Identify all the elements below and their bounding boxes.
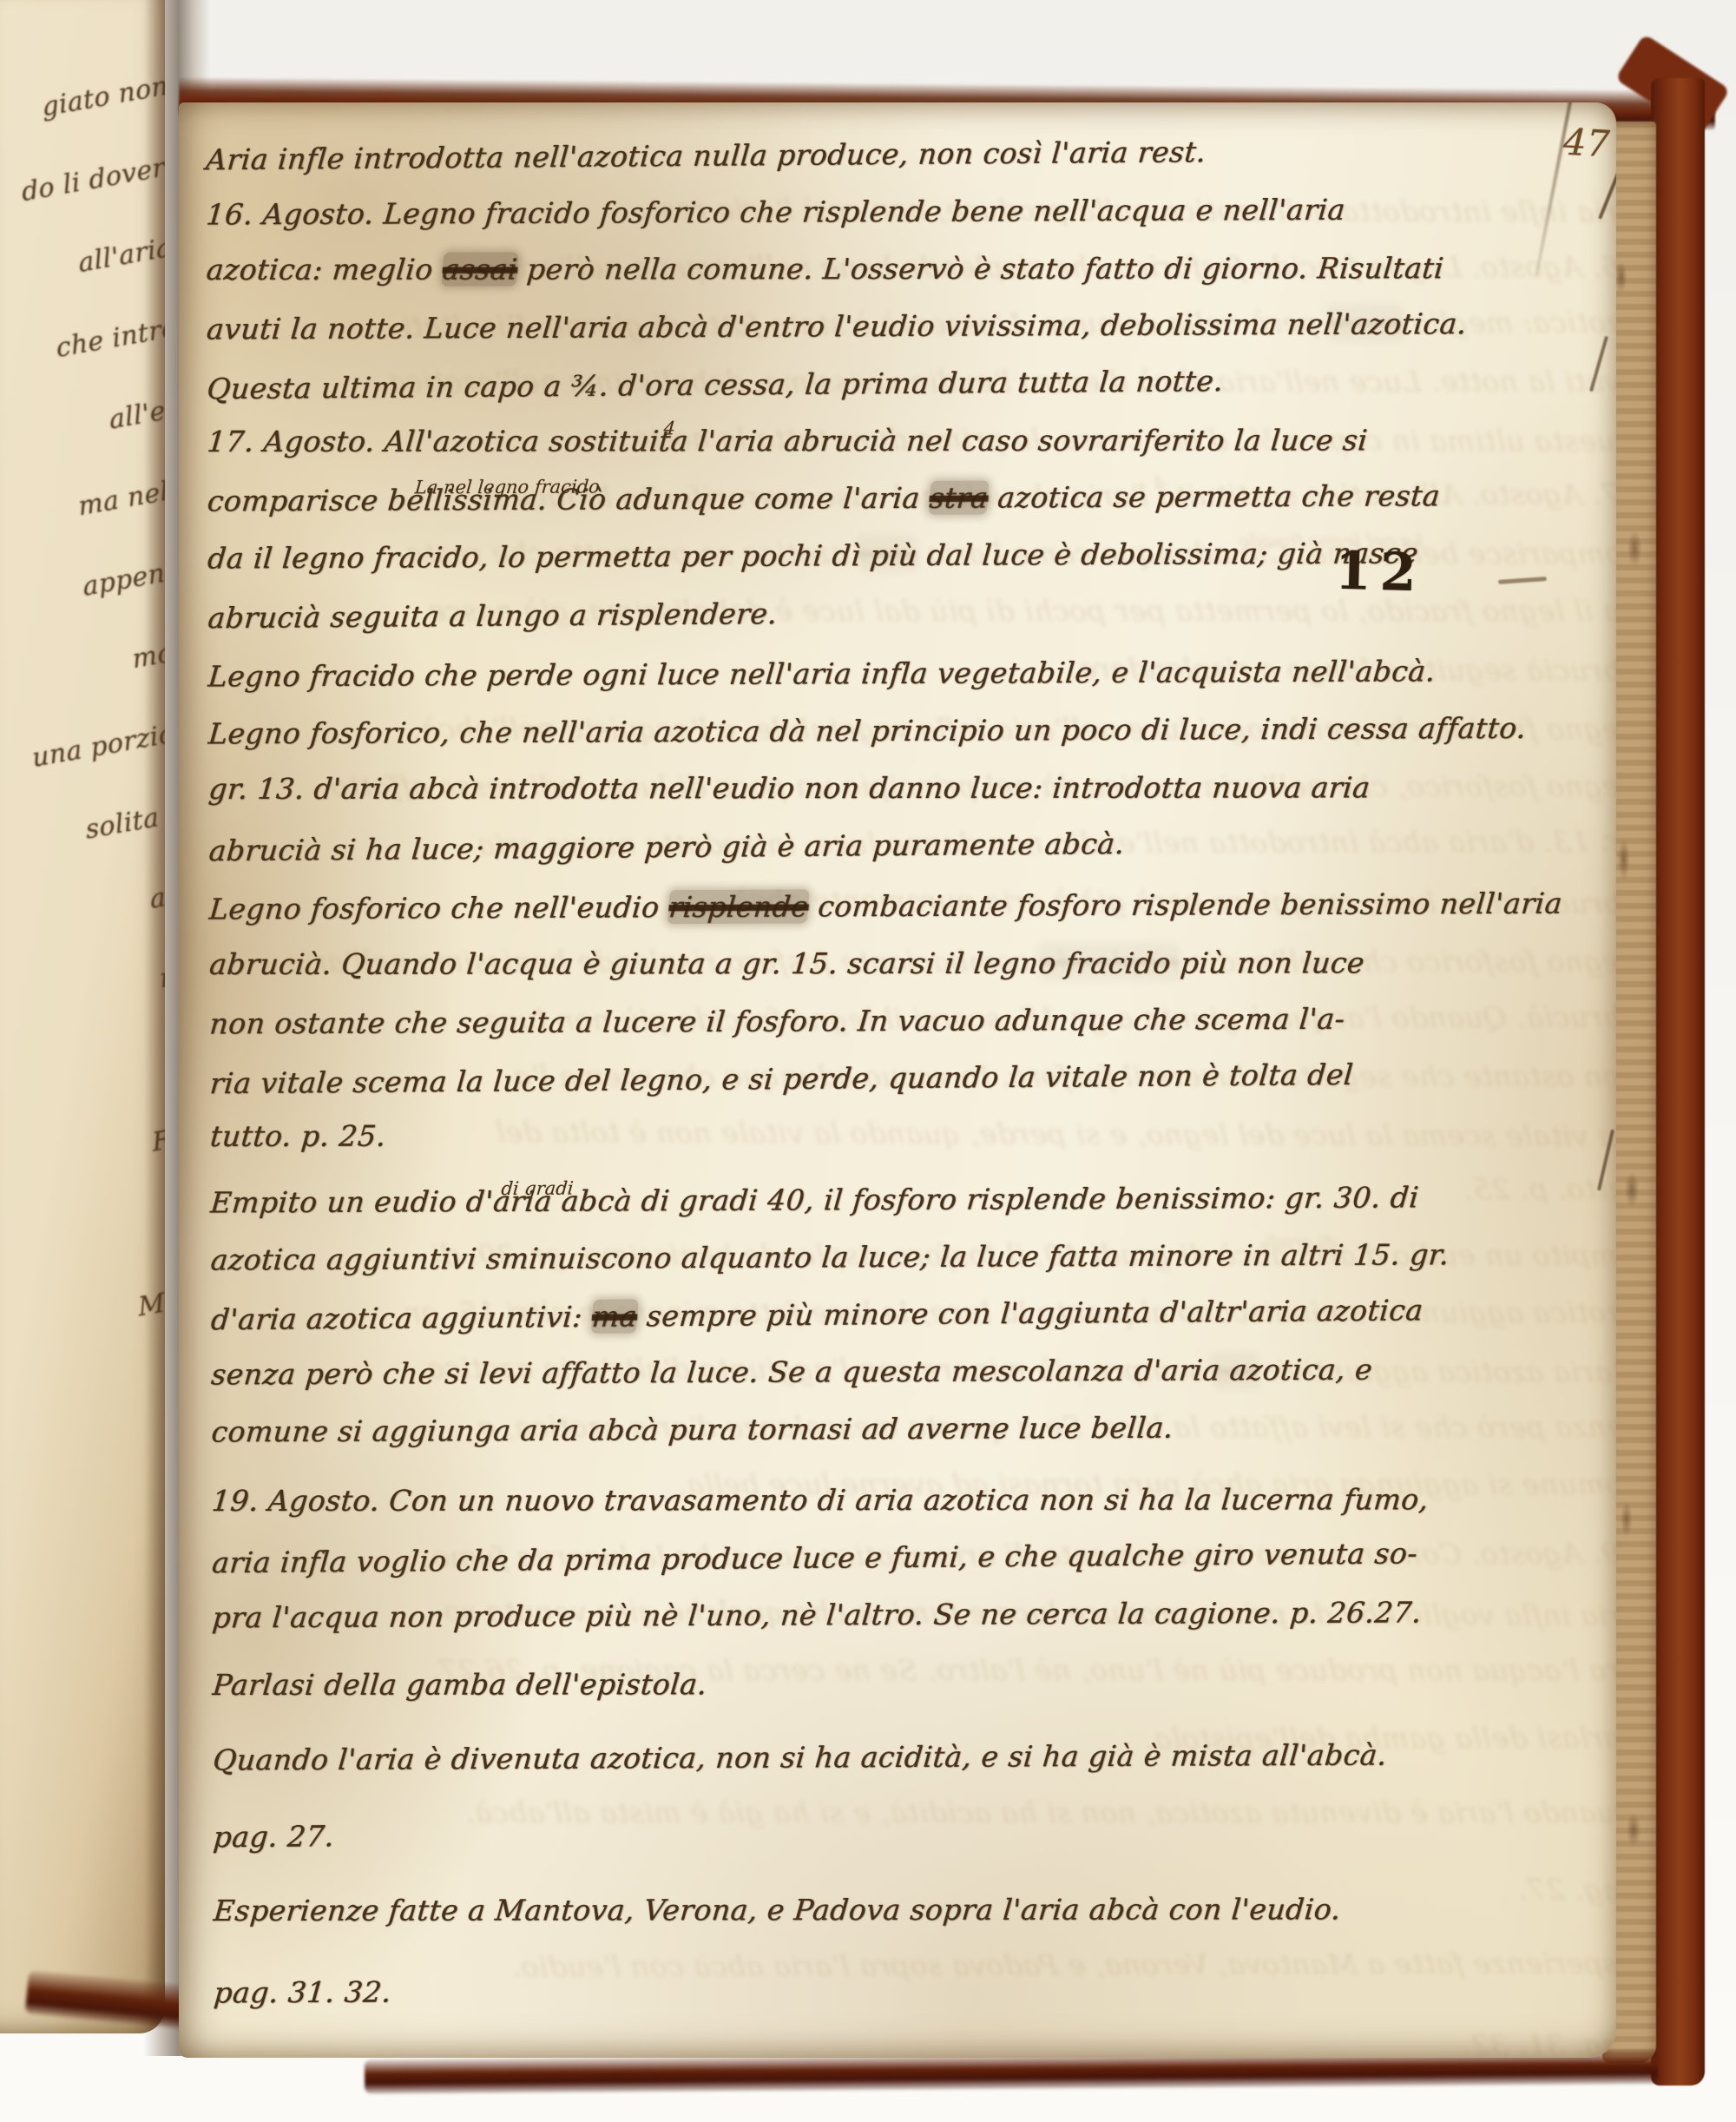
struck-word: risplende [667, 889, 810, 924]
text-segment: aria infla voglio che da prima produce l… [211, 1536, 1419, 1579]
text-segment: 16. Agosto. Legno fracido fosforico che … [205, 193, 1346, 232]
text-segment: Legno fosforico, che nell'aria azotica d… [207, 711, 1528, 751]
manuscript-line: pag. 31. 32. [214, 1967, 1597, 2012]
handwriting-text: pra l'acqua non produce più nè l'uno, nè… [211, 1593, 1424, 1637]
handwriting-text: Questa ultima in capo a ¾. d'ora cessa, … [206, 362, 1225, 408]
page-number: 47 [1562, 121, 1610, 166]
text-segment: avuti la notte. Luce nell'aria abcà d'en… [206, 306, 1469, 346]
handwriting-text: Legno fracido che perde ogni luce nell'a… [207, 652, 1437, 695]
manuscript-line: gr. 13. d'aria abcà introdotta nell'eudi… [209, 768, 1593, 808]
gathering-number: 12 [1334, 541, 1425, 604]
text-segment: pra l'acqua non produce più nè l'uno, nè… [211, 1595, 1423, 1634]
handwriting-text: abrucià si ha luce; maggiore però già è … [207, 825, 1126, 870]
handwriting-text: aria infla voglio che da prima produce l… [211, 1534, 1419, 1582]
handwriting-text: gr. 13. d'aria abcà introdotta nell'eudi… [207, 768, 1372, 808]
handwriting-text: ria vitale scema la luce del legno, e si… [208, 1056, 1355, 1103]
handwriting-text: Empito un eudio d'aria abcà di gradi 40,… [209, 1178, 1421, 1222]
handwriting-text: azotica aggiuntivi sminuiscono alquanto … [209, 1236, 1450, 1279]
manuscript-line: tutto. p. 25. [210, 1116, 1594, 1156]
handwriting-text: Quando l'aria è divenuta azotica, non si… [212, 1736, 1389, 1780]
manuscript-line: non ostante che seguita a lucere il fosf… [210, 999, 1594, 1044]
handwriting-text: comune si aggiunga aria abcà pura tornas… [210, 1409, 1175, 1452]
manuscript-line: ria vitale scema la luce del legno, e si… [210, 1054, 1594, 1104]
manuscript-line: azotica: meglio assai però nella comune.… [207, 249, 1590, 289]
manuscript-line: La nel legno fracidocomparisce bellissim… [207, 477, 1591, 521]
text-segment: pag. 31. 32. [213, 1975, 393, 2010]
manuscript-line: Parlasi della gamba dell'epistola. [213, 1664, 1596, 1704]
manuscript-line: di gradiEmpito un eudio d'aria abcà di g… [211, 1177, 1595, 1222]
handwriting-text: Legno fosforico, che nell'aria azotica d… [207, 709, 1528, 754]
text-segment: azotica: meglio [205, 253, 444, 287]
text-segment: non ostante che seguita a lucere il fosf… [208, 1002, 1346, 1041]
handwriting-text: avuti la notte. Luce nell'aria abcà d'en… [205, 305, 1468, 348]
handwriting-text: 16. Agosto. Legno fracido fosforico che … [205, 191, 1347, 234]
text-segment: Esperienze fatte a Mantova, Verona, e Pa… [213, 1892, 1343, 1928]
text-segment: sempre più minore con l'aggiunta d'altr'… [636, 1293, 1425, 1333]
manuscript-line: Legno fosforico, che nell'aria azotica d… [208, 709, 1592, 754]
text-segment: azotica se permetta che resta [987, 478, 1442, 514]
text-segment: 17. Agosto. All'azotica sostituita l'ari… [206, 423, 1369, 458]
open-manuscript-book: giato nondo li doverliall'aria eche intr… [0, 0, 1736, 2122]
manuscript-line: comune si aggiunga aria abcà pura tornas… [212, 1407, 1595, 1451]
manuscript-line: Questa ultima in capo a ¾. d'ora cessa, … [207, 359, 1590, 409]
handwriting-text: pag. 31. 32. [213, 1974, 393, 2013]
handwriting-text: senza però che si levi affatto la luce. … [210, 1351, 1374, 1394]
text-segment: ria vitale scema la luce del legno, e si… [209, 1058, 1355, 1100]
text-segment: comune si aggiunga aria abcà pura tornas… [210, 1411, 1174, 1449]
struck-word: assai [441, 253, 519, 287]
handwriting-text: Esperienze fatte a Mantova, Verona, e Pa… [212, 1890, 1342, 1930]
handwriting-text: pag. 27. [212, 1817, 336, 1856]
text-segment: d'aria azotica aggiuntivi: [210, 1300, 594, 1336]
handwriting-text: Parlasi della gamba dell'epistola. [211, 1665, 708, 1704]
manuscript-line: Aria infle introdotta nell'azotica nulla… [206, 130, 1589, 180]
manuscript-line: 16. Agosto. Legno fracido fosforico che … [207, 190, 1590, 234]
handwriting-text: 17. Agosto. All'azotica sostituita l'ari… [206, 421, 1370, 461]
handwriting-text: d'aria azotica aggiuntivi: ma sempre più… [209, 1291, 1424, 1339]
handwriting-text-block: Aria infle introdotta nell'azotica nulla… [179, 102, 1616, 2058]
text-segment: Parlasi della gamba dell'epistola. [211, 1667, 708, 1702]
handwriting-text: azotica: meglio assai però nella comune.… [205, 249, 1445, 289]
manuscript-line: 19. Agosto. Con un nuovo travasamento di… [212, 1480, 1595, 1520]
manuscript-line: 417. Agosto. All'azotica sostituita l'ar… [207, 421, 1591, 461]
struck-word: stra [928, 481, 990, 515]
text-segment: abrucià. Quando l'acqua è giunta a gr. 1… [208, 946, 1366, 981]
text-segment: Quando l'aria è divenuta azotica, non si… [212, 1738, 1389, 1777]
manuscript-line: Legno fosforico che nell'eudio risplende… [209, 885, 1593, 929]
handwriting-text: 19. Agosto. Con un nuovo travasamento di… [210, 1480, 1430, 1520]
text-segment: comparisce bellissima. Ciò adunque come … [207, 481, 931, 518]
manuscript-line: aria infla voglio che da prima produce l… [212, 1533, 1595, 1583]
manuscript-line: pag. 27. [214, 1808, 1597, 1857]
handwriting-text: tutto. p. 25. [208, 1117, 387, 1156]
text-segment: senza però che si levi affatto la luce. … [210, 1353, 1374, 1392]
handwriting-text: abrucià. Quando l'acqua è giunta a gr. 1… [208, 944, 1366, 984]
left-page-text-column: giato nondo li doverliall'aria eche intr… [0, 47, 165, 1985]
manuscript-line: Quando l'aria è divenuta azotica, non si… [213, 1735, 1596, 1779]
manuscript-line: abrucià si ha luce; maggiore però già è … [209, 821, 1593, 871]
text-segment: però nella comune. L'osservò è stato fat… [516, 251, 1445, 286]
text-segment: Aria infle introdotta nell'azotica nulla… [205, 135, 1207, 176]
text-segment: azotica aggiuntivi sminuiscono alquanto … [209, 1237, 1450, 1276]
text-segment: gr. 13. d'aria abcà introdotta nell'eudi… [207, 770, 1371, 806]
handwriting-text: Legno fosforico che nell'eudio risplende… [207, 885, 1563, 929]
manuscript-line: d'aria azotica aggiuntivi: ma sempre più… [211, 1290, 1595, 1340]
manuscript-line: azotica aggiuntivi sminuiscono alquanto … [211, 1235, 1595, 1279]
manuscript-line: senza però che si levi affatto la luce. … [211, 1349, 1595, 1394]
text-segment: abrucià si ha luce; maggiore però già è … [207, 827, 1126, 867]
text-segment: tutto. p. 25. [209, 1119, 388, 1153]
manuscript-line: Esperienze fatte a Mantova, Verona, e Pa… [214, 1890, 1597, 1930]
manuscript-line: avuti la notte. Luce nell'aria abcà d'en… [207, 305, 1590, 349]
handwriting-text: abrucià seguita a lungo a risplendere. [207, 595, 779, 637]
struck-word: ma [591, 1299, 639, 1333]
handwriting-text: comparisce bellissima. Ciò adunque come … [206, 477, 1442, 520]
text-segment: Empito un eudio d'aria abcà di gradi 40,… [209, 1180, 1420, 1219]
text-segment: Legno fracido che perde ogni luce nell'a… [207, 654, 1437, 693]
text-segment: da il legno fracido, lo permetta per poc… [207, 536, 1420, 575]
text-segment: abrucià seguita a lungo a risplendere. [207, 596, 779, 635]
left-page: giato nondo li doverliall'aria eche intr… [0, 0, 165, 2033]
cover-right-edge [1651, 78, 1705, 2086]
manuscript-line: pra l'acqua non produce più nè l'uno, nè… [213, 1592, 1596, 1637]
text-segment: Questa ultima in capo a ¾. d'ora cessa, … [206, 364, 1225, 405]
handwriting-text: Aria infle introdotta nell'azotica nulla… [205, 133, 1208, 179]
handwriting-text: da il legno fracido, lo permetta per poc… [207, 534, 1420, 577]
manuscript-page: Aria infle introdotta nell'azotica nulla… [179, 102, 1616, 2058]
text-segment: Legno fosforico che nell'eudio [208, 890, 671, 926]
text-segment: combaciante fosforo risplende benissimo … [807, 886, 1564, 924]
handwriting-text: non ostante che seguita a lucere il fosf… [208, 1000, 1346, 1044]
text-segment: 19. Agosto. Con un nuovo travasamento di… [210, 1482, 1430, 1518]
manuscript-line: abrucià. Quando l'acqua è giunta a gr. 1… [209, 944, 1593, 984]
text-segment: pag. 27. [212, 1819, 335, 1854]
manuscript-line: Legno fracido che perde ogni luce nell'a… [208, 652, 1592, 696]
